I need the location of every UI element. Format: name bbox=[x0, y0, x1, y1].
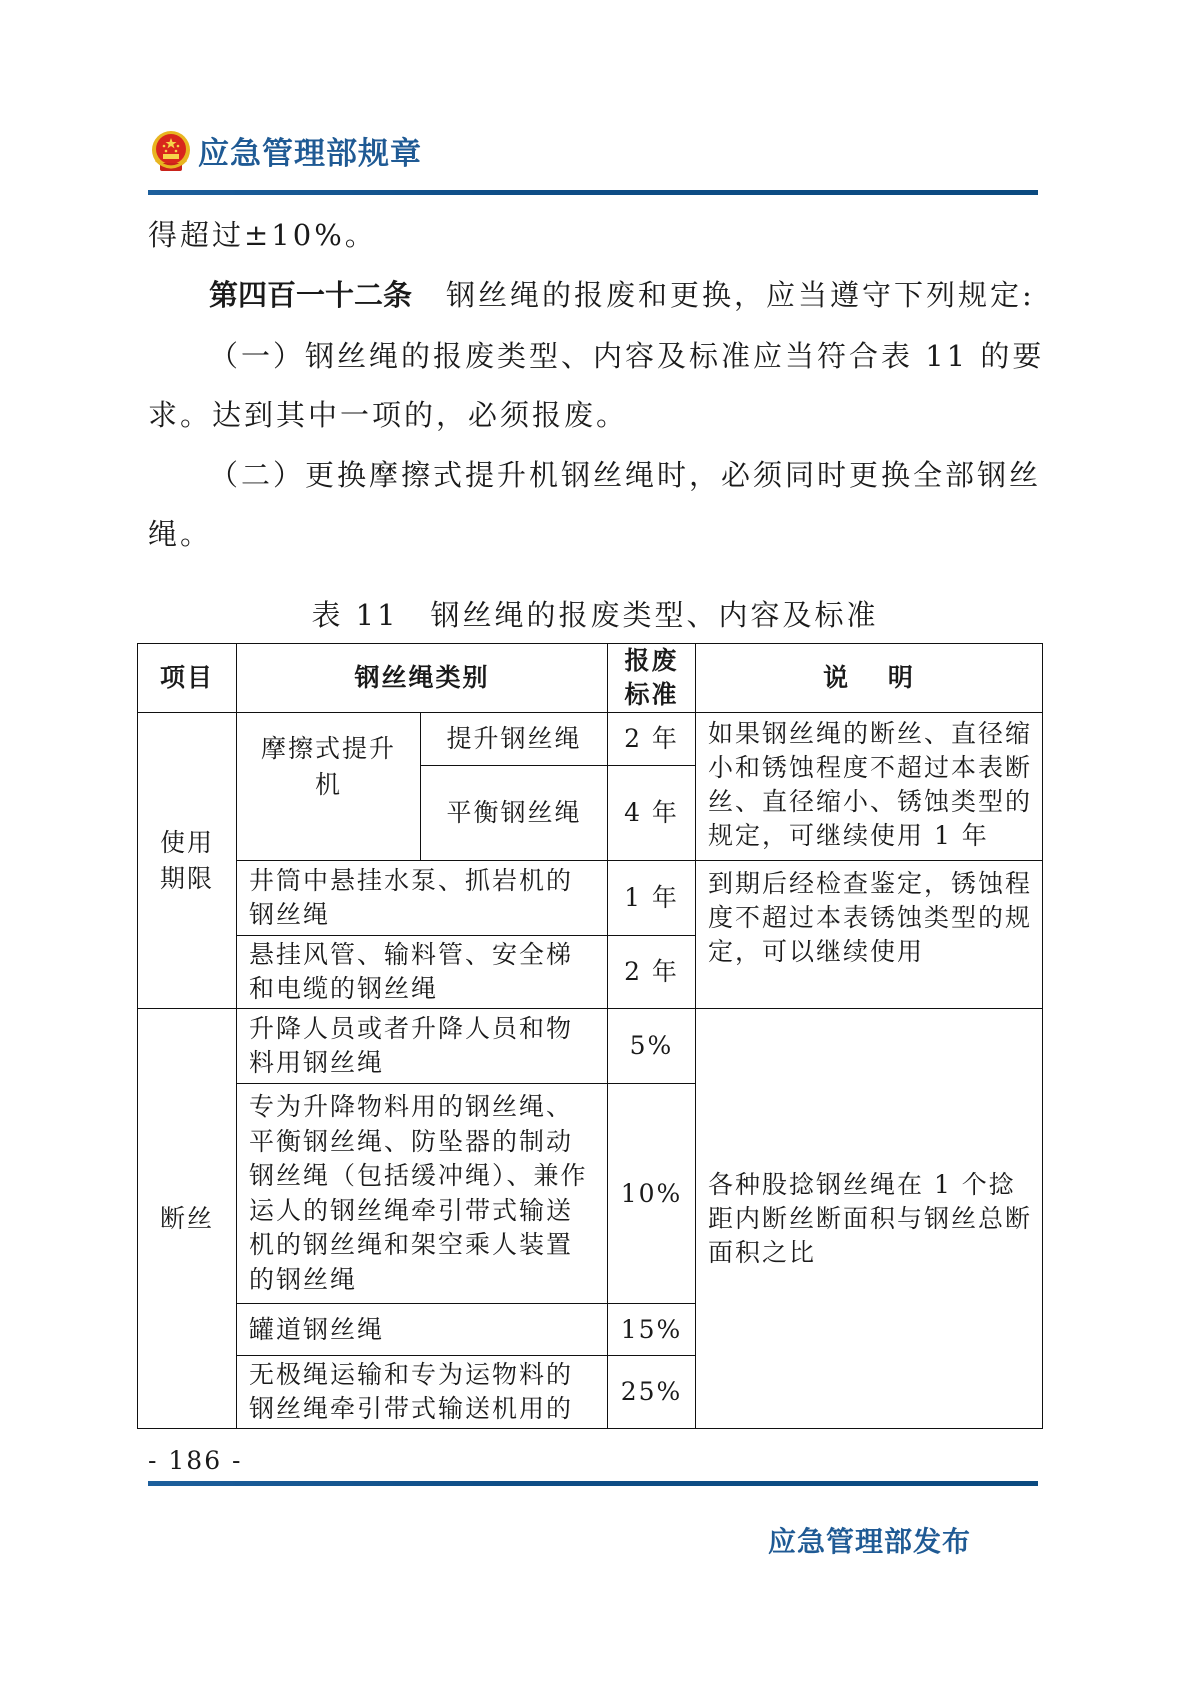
table-caption: 表 11 钢丝绳的报废类型、内容及标准 bbox=[0, 593, 1190, 634]
note-cell-2: 到期后经检查鉴定，锈蚀程度不超过本表锈蚀类型的规定，可以继续使用 bbox=[696, 861, 1043, 1009]
header-standard-line-2: 标准 bbox=[608, 678, 695, 712]
note-cell-1: 如果钢丝绳的断丝、直径缩小和锈蚀程度不超过本表断丝、直径缩小、锈蚀类型的规定，可… bbox=[696, 713, 1043, 861]
header-standard-line-1: 报废 bbox=[608, 644, 695, 678]
category-cell: 提升钢丝绳 bbox=[421, 713, 608, 766]
standard-cell: 5% bbox=[608, 1009, 696, 1084]
footer-publisher: 应急管理部发布 bbox=[768, 1520, 971, 1560]
table-row: 断丝 升降人员或者升降人员和物料用钢丝绳 5% 各种股捻钢丝绳在 1 个捻距内断… bbox=[138, 1009, 1043, 1084]
standard-cell: 10% bbox=[608, 1084, 696, 1304]
standard-cell: 2 年 bbox=[608, 936, 696, 1009]
item-1-line-2: 求。达到其中一项的，必须报废。 bbox=[148, 398, 628, 432]
standard-cell: 25% bbox=[608, 1356, 696, 1429]
category-cell: 平衡钢丝绳 bbox=[421, 766, 608, 861]
header-category: 钢丝绳类别 bbox=[237, 644, 608, 713]
article-paragraph: 第四百一十二条钢丝绳的报废和更换，应当遵守下列规定: bbox=[209, 278, 1035, 312]
continuation-text: 得超过±10%。 bbox=[148, 218, 377, 252]
article-number: 第四百一十二条 bbox=[209, 278, 412, 312]
header-item: 项目 bbox=[138, 644, 237, 713]
item-1-line-1: （一）钢丝绳的报废类型、内容及标准应当符合表 11 的要 bbox=[209, 339, 1044, 373]
standard-cell: 2 年 bbox=[608, 713, 696, 766]
category-cell: 无极绳运输和专为运物料的钢丝绳牵引带式输送机用的 bbox=[237, 1356, 608, 1429]
item-2-line-2: 绳。 bbox=[148, 517, 212, 551]
header-note: 说 明 bbox=[696, 644, 1043, 713]
category-cell: 罐道钢丝绳 bbox=[237, 1304, 608, 1356]
group-label-line-2: 期限 bbox=[138, 861, 236, 897]
standard-cell: 1 年 bbox=[608, 861, 696, 936]
footer-rule bbox=[148, 1481, 1038, 1486]
group-label-service-life: 使用 期限 bbox=[138, 713, 237, 1009]
category-cell: 专为升降物料用的钢丝绳、平衡钢丝绳、防坠器的制动钢丝绳（包括缓冲绳）、兼作运人的… bbox=[237, 1084, 608, 1304]
friction-hoist-cell: 摩擦式提升机 bbox=[237, 713, 421, 861]
table-row: 井筒中悬挂水泵、抓岩机的钢丝绳 1 年 到期后经检查鉴定，锈蚀程度不超过本表锈蚀… bbox=[138, 861, 1043, 936]
category-cell: 升降人员或者升降人员和物料用钢丝绳 bbox=[237, 1009, 608, 1084]
table-row: 使用 期限 摩擦式提升机 提升钢丝绳 2 年 如果钢丝绳的断丝、直径缩小和锈蚀程… bbox=[138, 713, 1043, 766]
national-emblem-icon bbox=[150, 130, 192, 176]
note-cell-3: 各种股捻钢丝绳在 1 个捻距内断丝断面积与钢丝总断面积之比 bbox=[696, 1009, 1043, 1429]
standard-cell: 4 年 bbox=[608, 766, 696, 861]
group-label-line-1: 使用 bbox=[138, 825, 236, 861]
scrap-standard-table: 项目 钢丝绳类别 报废 标准 说 明 使用 期限 摩擦式提升机 提升钢丝绳 2 … bbox=[137, 643, 1043, 1429]
article-text: 钢丝绳的报废和更换，应当遵守下列规定: bbox=[446, 278, 1035, 312]
header-standard: 报废 标准 bbox=[608, 644, 696, 713]
page-number: - 186 - bbox=[148, 1446, 243, 1475]
item-2-line-1: （二）更换摩擦式提升机钢丝绳时，必须同时更换全部钢丝 bbox=[209, 458, 1041, 492]
header-rule bbox=[148, 190, 1038, 195]
category-cell: 悬挂风管、输料管、安全梯和电缆的钢丝绳 bbox=[237, 936, 608, 1009]
group-label-broken-wire: 断丝 bbox=[138, 1009, 237, 1429]
header-title: 应急管理部规章 bbox=[198, 128, 422, 173]
standard-cell: 15% bbox=[608, 1304, 696, 1356]
table-header-row: 项目 钢丝绳类别 报废 标准 说 明 bbox=[138, 644, 1043, 713]
category-cell: 井筒中悬挂水泵、抓岩机的钢丝绳 bbox=[237, 861, 608, 936]
